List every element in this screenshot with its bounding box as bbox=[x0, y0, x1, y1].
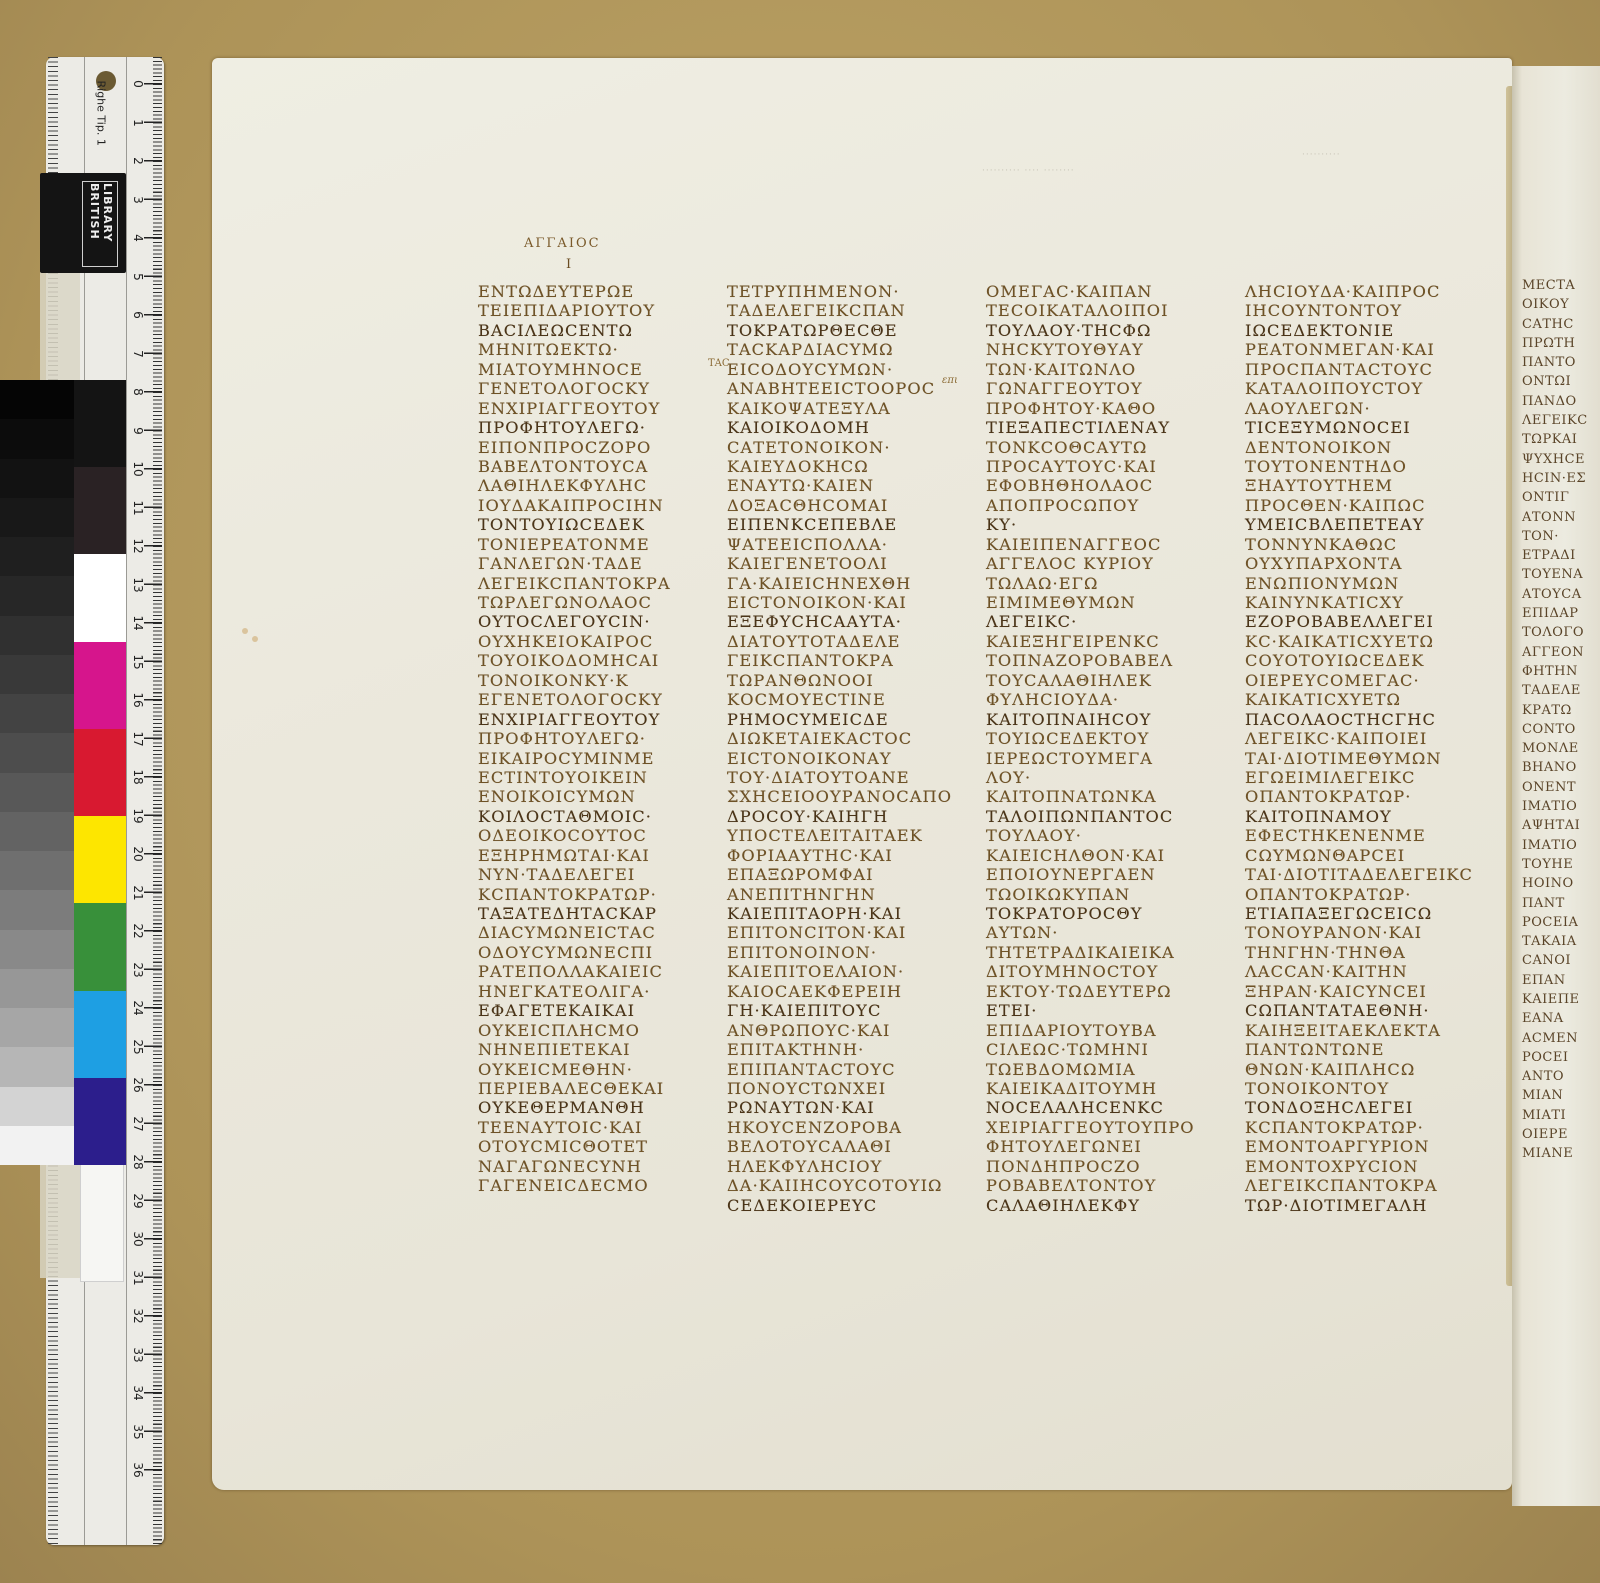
manuscript-line: ΟΙΕΡΕΥϹΟΜΕΓΑϹ· bbox=[1245, 671, 1495, 690]
manuscript-line: ΕΙΚΑΙΡΟϹΥΜΙΝΜΕ bbox=[478, 749, 728, 768]
facing-page-line: ΦΗΤΗΝ bbox=[1512, 662, 1588, 681]
facing-page-line: ΡΟϹΕΙΑ bbox=[1512, 913, 1588, 932]
facing-page-line: ΑΨΗΤΑΙ bbox=[1512, 816, 1588, 835]
manuscript-line: ΤΟΥΙΩϹΕΔΕΚΤΟΥ bbox=[986, 729, 1236, 748]
manuscript-line: ΒΑΒΕΛΤΟΝΤΟΥϹΑ bbox=[478, 457, 728, 476]
cm-tick-label: 5 bbox=[131, 267, 145, 287]
facing-page-line: ΜΙΑΝΕ bbox=[1512, 1144, 1588, 1163]
manuscript-line: ΚΑΙΤΟΠΝΑΤΩΝΚΑ bbox=[986, 787, 1236, 806]
manuscript-line: ΤΟΥΟΙΚΟΔΟΜΗϹΑΙ bbox=[478, 651, 728, 670]
facing-page-line: ΨΥΧΗϹΕ bbox=[1512, 450, 1588, 469]
grey-patch bbox=[0, 694, 74, 733]
manuscript-line: ΠΡΟΦΗΤΟΥΛΕΓΩ· bbox=[478, 729, 728, 748]
manuscript-line: ΛΑΟΥΛΕΓΩΝ· bbox=[1245, 399, 1495, 418]
manuscript-line: ΚΑΙΕΙΚΑΔΙΤΟΥΜΗ bbox=[986, 1079, 1236, 1098]
color-patch bbox=[74, 903, 126, 990]
manuscript-line: ΤΟΥϹΑΛΑΘΙΗΛΕΚ bbox=[986, 671, 1236, 690]
cm-tick-label: 24 bbox=[131, 998, 145, 1018]
manuscript-line: ΓΗ·ΚΑΙΕΠΙΤΟΥϹ bbox=[727, 1001, 977, 1020]
manuscript-line: ΔΙΑϹΥΜΩΝΕΙϹΤΑϹ bbox=[478, 923, 728, 942]
manuscript-line: ΕΦΑΓΕΤΕΚΑΙΚΑΙ bbox=[478, 1001, 728, 1020]
manuscript-line: ϹΕΔΕΚΟΙΕΡΕΥϹ bbox=[727, 1196, 977, 1215]
cm-tick-label: 15 bbox=[131, 652, 145, 672]
manuscript-line: ΕΙϹΟΔΟΥϹΥΜΩΝ· bbox=[727, 360, 977, 379]
facing-page-text: ΜΕϹΤΑΟΙΚΟΥϹΑΤΗϹΠΡΩΤΗΠΑΝΤΟΟΝΤΩΙΠΑΝΔΟΛΕΓΕΙ… bbox=[1512, 276, 1588, 1164]
grey-patch bbox=[0, 1047, 74, 1086]
manuscript-line: ΡΟΒΑΒΕΛΤΟΝΤΟΥ bbox=[986, 1176, 1236, 1195]
manuscript-line: ΤΩΟΙΚΩΚΥΠΑΝ bbox=[986, 885, 1236, 904]
color-patch bbox=[74, 554, 126, 641]
margin-correction: επι bbox=[942, 375, 958, 386]
cm-tick-label: 28 bbox=[131, 1152, 145, 1172]
manuscript-line: ΤΟΝΝΥΝΚΑΘΩϹ bbox=[1245, 535, 1495, 554]
manuscript-line: ΠΡΟϹΑΥΤΟΥϹ·ΚΑΙ bbox=[986, 457, 1236, 476]
stain bbox=[242, 628, 248, 634]
manuscript-line: ΛΕΓΕΙΚϹΠΑΝΤΟΚΡΑ bbox=[1245, 1176, 1495, 1195]
manuscript-line: ΞΗΡΑΝ·ΚΑΙϹΥΝϹΕΙ bbox=[1245, 982, 1495, 1001]
manuscript-line: ΚΑΙΕΓΕΝΕΤΟΟΛΙ bbox=[727, 554, 977, 573]
facing-page-line: ΜΙΑΤΙ bbox=[1512, 1106, 1588, 1125]
margin-correction: ΤΑϹ bbox=[708, 358, 730, 369]
facing-page-line: ϹΟΝΤΟ bbox=[1512, 720, 1588, 739]
manuscript-line: ΥΜΕΙϹΒΛΕΠΕΤΕΑΥ bbox=[1245, 515, 1495, 534]
manuscript-line: ΦΟΡΙΑΑΥΤΗϹ·ΚΑΙ bbox=[727, 846, 977, 865]
cm-tick-label: 33 bbox=[131, 1345, 145, 1365]
cm-tick-label: 19 bbox=[131, 806, 145, 826]
manuscript-line: ΤΩΡΛΕΓΩΝΟΛΑΟϹ bbox=[478, 593, 728, 612]
manuscript-line: ΤΗΤΕΤΡΑΔΙΚΑΙΕΙΚΑ bbox=[986, 943, 1236, 962]
grey-patch bbox=[0, 616, 74, 655]
manuscript-line: ΤΟΥ·ΔΙΑΤΟΥΤΟΑΝΕ bbox=[727, 768, 977, 787]
manuscript-line: ΚΑΙΚΑΤΙϹΧΥΕΤΩ bbox=[1245, 690, 1495, 709]
facing-page-line: ΚΑΙΕΠΕ bbox=[1512, 990, 1588, 1009]
manuscript-line: ΑΝΕΠΙΤΗΝΓΗΝ bbox=[727, 885, 977, 904]
cm-tick-label: 11 bbox=[131, 498, 145, 518]
manuscript-line: ΗΚΟΥϹΕΝΖΟΡΟΒΑ bbox=[727, 1118, 977, 1137]
manuscript-line: ΚΑΙΕΥΔΟΚΗϹΩ bbox=[727, 457, 977, 476]
manuscript-line: ΔΟΞΑϹΘΗϹΟΜΑΙ bbox=[727, 496, 977, 515]
grey-patch bbox=[0, 419, 74, 458]
manuscript-line: ΕΞΕΦΥϹΗϹΑΑΥΤΑ· bbox=[727, 612, 977, 631]
manuscript-line: ΤΟΚΡΑΤΟΡΟϹΘΥ bbox=[986, 904, 1236, 923]
color-calibration-target bbox=[0, 380, 126, 1165]
manuscript-line: ΔΑ·ΚΑΙΙΗϹΟΥϹΟΤΟΥΙΩ bbox=[727, 1176, 977, 1195]
facing-page-line: ΠΑΝΤ bbox=[1512, 894, 1588, 913]
cm-tick-label: 31 bbox=[131, 1268, 145, 1288]
manuscript-line: ΨΑΤΕΕΙϹΠΟΛΛΑ· bbox=[727, 535, 977, 554]
manuscript-line: ΟΥΤΟϹΛΕΓΟΥϹΙΝ· bbox=[478, 612, 728, 631]
manuscript-line: ΠΟΝΟΥϹΤΩΝΧΕΙ bbox=[727, 1079, 977, 1098]
grey-patch bbox=[0, 1126, 74, 1165]
facing-page-line: ΒΗΑΝΟ bbox=[1512, 758, 1588, 777]
manuscript-line: ΚΑΙΕΙϹΗΛΘΟΝ·ΚΑΙ bbox=[986, 846, 1236, 865]
cm-tick-label: 12 bbox=[131, 536, 145, 556]
cm-tick-label: 27 bbox=[131, 1114, 145, 1134]
manuscript-line: ΕΜΟΝΤΟΑΡΓΥΡΙΟΝ bbox=[1245, 1137, 1495, 1156]
manuscript-line: ΕΜΟΝΤΟΧΡΥϹΙΟΝ bbox=[1245, 1157, 1495, 1176]
grey-patch bbox=[0, 459, 74, 498]
manuscript-line: ΕΠΙΔΑΡΙΟΥΤΟΥΒΑ bbox=[986, 1021, 1236, 1040]
manuscript-line: ΝΗΝΕΠΙΕΤΕΚΑΙ bbox=[478, 1040, 728, 1059]
manuscript-line: ϹΑΛΑΘΙΗΛΕΚΦΥ bbox=[986, 1196, 1236, 1215]
manuscript-line: ΚΑΙΗΞΕΙΤΑΕΚΛΕΚΤΑ bbox=[1245, 1021, 1495, 1040]
manuscript-line: ΕΖΟΡΟΒΑΒΕΛΛΕΓΕΙ bbox=[1245, 612, 1495, 631]
facing-page-line: ΜΕϹΤΑ bbox=[1512, 276, 1588, 295]
chapter-mark: Ι bbox=[566, 257, 571, 272]
text-column-4: ΛΗϹΙΟΥΔΑ·ΚΑΙΠΡΟϹΙΗϹΟΥΝΤΟΝΤΟΥΙΩϹΕΔΕΚΤΟΝΙΕ… bbox=[1245, 282, 1495, 1215]
manuscript-line: ΦΥΛΗϹΙΟΥΔΑ· bbox=[986, 690, 1236, 709]
manuscript-line: ΠΡΟΦΗΤΟΥΛΕΓΩ· bbox=[478, 418, 728, 437]
cm-tick-label: 34 bbox=[131, 1383, 145, 1403]
facing-page-line: ΤΟΥΕΝΑ bbox=[1512, 565, 1588, 584]
manuscript-line: ΕΓΕΝΕΤΟΛΟΓΟϹΚΥ bbox=[478, 690, 728, 709]
grey-patch bbox=[0, 812, 74, 851]
manuscript-line: ΕΝΟΙΚΟΙϹΥΜΩΝ bbox=[478, 787, 728, 806]
manuscript-line: ΤΩΝ·ΚΑΙΤΩΝΛΟ bbox=[986, 360, 1236, 379]
manuscript-line: ΑΠΟΠΡΟϹΩΠΟΥ bbox=[986, 496, 1236, 515]
manuscript-line: ΒΑϹΙΛΕΩϹΕΝΤΩ bbox=[478, 321, 728, 340]
badge-text: LIBRARY BRITISH bbox=[84, 183, 114, 263]
manuscript-line: ΤΟΝΤΟΥΙΩϹΕΔΕΚ bbox=[478, 515, 728, 534]
ruler-tape bbox=[80, 1160, 124, 1282]
ruler-divider bbox=[126, 57, 127, 1545]
grey-patch bbox=[0, 1008, 74, 1047]
manuscript-line: ΣΧΗϹΕΙΟΟΥΡΑΝΟϹΑΠΟ bbox=[727, 787, 977, 806]
manuscript-line: ϹΟΥΟΤΟΥΙΩϹΕΔΕΚ bbox=[1245, 651, 1495, 670]
manuscript-line: ΜΙΑΤΟΥΜΗΝΟϹΕ bbox=[478, 360, 728, 379]
manuscript-line: ΕΙΠΕΝΚϹΕΠΕΒΛΕ bbox=[727, 515, 977, 534]
text-column-1: ΕΝΤΩΔΕΥΤΕΡΩΕΤΕΙΕΠΙΔΑΡΙΟΥΤΟΥΒΑϹΙΛΕΩϹΕΝΤΩΜ… bbox=[478, 282, 728, 1196]
manuscript-line: ΚΑΙΚΟΨΑΤΕΞΥΛΑ bbox=[727, 399, 977, 418]
manuscript-line: ΚΟϹΜΟΥΕϹΤΙΝΕ bbox=[727, 690, 977, 709]
manuscript-line: ΤΟΚΡΑΤΩΡΘΕϹΘΕ bbox=[727, 321, 977, 340]
grey-patch bbox=[0, 930, 74, 969]
facing-page-line: ΑΓΓΕΟΝ bbox=[1512, 643, 1588, 662]
manuscript-line: ΕΓΩΕΙΜΙΛΕΓΕΙΚϹ bbox=[1245, 768, 1495, 787]
manuscript-line: ΟΤΟΥϹΜΙϹΘΟΤΕΤ bbox=[478, 1137, 728, 1156]
manuscript-line: ΠΑϹΟΛΑΟϹΤΗϹΓΗϹ bbox=[1245, 710, 1495, 729]
cm-tick-label: 8 bbox=[131, 382, 145, 402]
cm-tick-label: 29 bbox=[131, 1191, 145, 1211]
manuscript-line: ΚΑΙΕΠΙΤΑΟΡΗ·ΚΑΙ bbox=[727, 904, 977, 923]
color-patch bbox=[74, 380, 126, 467]
manuscript-line: ΙΕΡΕΩϹΤΟΥΜΕΓΑ bbox=[986, 749, 1236, 768]
facing-page-line: ΜΟΝΛΕ bbox=[1512, 739, 1588, 758]
manuscript-line: ΠΑΝΤΩΝΤΩΝΕ bbox=[1245, 1040, 1495, 1059]
manuscript-line: ΚΑΙΕΙΠΕΝΑΓΓΕΟϹ bbox=[986, 535, 1236, 554]
manuscript-line: ΑΝΘΡΩΠΟΥϹ·ΚΑΙ bbox=[727, 1021, 977, 1040]
manuscript-line: ΤΟΥΛΑΟΥ· bbox=[986, 826, 1236, 845]
grey-patch bbox=[0, 773, 74, 812]
manuscript-line: ΝΥΝ·ΤΑΔΕΛΕΓΕΙ bbox=[478, 865, 728, 884]
manuscript-line: ΥΠΟϹΤΕΛΕΙΤΑΙΤΑΕΚ bbox=[727, 826, 977, 845]
manuscript-line: ΕΝΧΙΡΙΑΓΓΕΟΥΤΟΥ bbox=[478, 399, 728, 418]
manuscript-line: ΤΑΛΟΙΠΩΝΠΑΝΤΟϹ bbox=[986, 807, 1236, 826]
manuscript-line: ΗΛΕΚΦΥΛΗϹΙΟΥ bbox=[727, 1157, 977, 1176]
manuscript-line: ΤΟΥΛΑΟΥ·ΤΗϹΦΩ bbox=[986, 321, 1236, 340]
manuscript-line: ΤΟΝΚϹΟΘϹΑΥΤΩ bbox=[986, 438, 1236, 457]
facing-page-line: ΤΟΝ· bbox=[1512, 527, 1588, 546]
manuscript-line: ΤΙϹΕΞΥΜΩΝΟϹΕΙ bbox=[1245, 418, 1495, 437]
manuscript-line: ΕΝΤΩΔΕΥΤΕΡΩΕ bbox=[478, 282, 728, 301]
manuscript-line: ΟΠΑΝΤΟΚΡΑΤΩΡ· bbox=[1245, 787, 1495, 806]
facing-page-line: ΜΙΑΝ bbox=[1512, 1086, 1588, 1105]
manuscript-line: ΟΔΕΟΙΚΟϹΟΥΤΟϹ bbox=[478, 826, 728, 845]
color-patch bbox=[74, 467, 126, 554]
manuscript-line: ΑΓΓΕΛΟϹ ΚΥΡΙΟΥ bbox=[986, 554, 1236, 573]
cm-tick-label: 3 bbox=[131, 190, 145, 210]
ruler-clip bbox=[40, 1163, 82, 1278]
facing-page-line: ΕΑΝΑ bbox=[1512, 1009, 1588, 1028]
manuscript-line: ΤΩΡΑΝΘΩΝΟΟΙ bbox=[727, 671, 977, 690]
manuscript-line: ΔΙΑΤΟΥΤΟΤΑΔΕΛΕ bbox=[727, 632, 977, 651]
cm-tick-label: 35 bbox=[131, 1422, 145, 1442]
greyscale-strip bbox=[0, 380, 74, 1165]
cm-tick-label: 30 bbox=[131, 1229, 145, 1249]
manuscript-line: ΕΙΜΙΜΕΘΥΜΩΝ bbox=[986, 593, 1236, 612]
manuscript-line: ΕΦΟΒΗΘΗΟΛΑΟϹ bbox=[986, 476, 1236, 495]
manuscript-line: ΔΙΤΟΥΜΗΝΟϹΤΟΥ bbox=[986, 962, 1236, 981]
facing-page-line: ΛΕΓΕΙΚϹ bbox=[1512, 411, 1588, 430]
manuscript-line: ΙΟΥΔΑΚΑΙΠΡΟϹΙΗΝ bbox=[478, 496, 728, 515]
facing-page-line: ΙΜΑΤΙΟ bbox=[1512, 836, 1588, 855]
manuscript-line: ΤΟΝΟΥΡΑΝΟΝ·ΚΑΙ bbox=[1245, 923, 1495, 942]
manuscript-line: ΤΑϹΚΑΡΔΙΑϹΥΜΩ bbox=[727, 340, 977, 359]
manuscript-line: ΚΑΙΕΠΙΤΟΕΛΑΙΟΝ· bbox=[727, 962, 977, 981]
manuscript-line: ΟΥΧΥΠΑΡΧΟΝΤΑ bbox=[1245, 554, 1495, 573]
manuscript-line: ΤΩΛΑΩ·ΕΓΩ bbox=[986, 574, 1236, 593]
facing-page-line: ΠΡΩΤΗ bbox=[1512, 334, 1588, 353]
cm-tick-label: 26 bbox=[131, 1075, 145, 1095]
cm-tick-label: 1 bbox=[131, 113, 145, 133]
facing-page-line: ΟΙΕΡΕ bbox=[1512, 1125, 1588, 1144]
manuscript-line: ΚΟΙΛΟϹΤΑΘΜΟΙϹ· bbox=[478, 807, 728, 826]
british-library-badge: LIBRARY BRITISH bbox=[40, 173, 126, 273]
manuscript-line: ΤΗΝΓΗΝ·ΤΗΝΘΑ bbox=[1245, 943, 1495, 962]
manuscript-line: ΤΩΡ·ΔΙΟΤΙΜΕΓΑΛΗ bbox=[1245, 1196, 1495, 1215]
facing-page-line: ΤΑΚΑΙΑ bbox=[1512, 932, 1588, 951]
facing-page-line: ΙΜΑΤΙΟ bbox=[1512, 797, 1588, 816]
facing-page-line: ΕΠΙΔΑΡ bbox=[1512, 604, 1588, 623]
cm-tick-label: 17 bbox=[131, 729, 145, 749]
manuscript-line: ΕΠΙΤΑΚΤΗΝΗ· bbox=[727, 1040, 977, 1059]
manuscript-line: ΘΝΩΝ·ΚΑΙΠΛΗϹΩ bbox=[1245, 1060, 1495, 1079]
bleed-through-text: ·········· bbox=[1302, 150, 1341, 160]
manuscript-line: ΕΠΑΞΩΡΟΜΦΑΙ bbox=[727, 865, 977, 884]
cm-tick-label: 36 bbox=[131, 1460, 145, 1480]
manuscript-line: ΠΟΝΔΗΠΡΟϹΖΟ bbox=[986, 1157, 1236, 1176]
manuscript-line: ΚϹΠΑΝΤΟΚΡΑΤΩΡ· bbox=[1245, 1118, 1495, 1137]
manuscript-line: ΛΗϹΙΟΥΔΑ·ΚΑΙΠΡΟϹ bbox=[1245, 282, 1495, 301]
manuscript-line: ΗΝΕΓΚΑΤΕΟΛΙΓΑ· bbox=[478, 982, 728, 1001]
cm-tick-label: 14 bbox=[131, 613, 145, 633]
manuscript-line: ΕΝΧΙΡΙΑΓΓΕΟΥΤΟΥ bbox=[478, 710, 728, 729]
manuscript-line: ΚΥ· bbox=[986, 515, 1236, 534]
facing-page-line: ΗΟΙΝΟ bbox=[1512, 874, 1588, 893]
manuscript-line: ΡΑΤΕΠΟΛΛΑΚΑΙΕΙϹ bbox=[478, 962, 728, 981]
manuscript-line: ΓΕΝΕΤΟΛΟΓΟϹΚΥ bbox=[478, 379, 728, 398]
manuscript-line: ΕΙϹΤΟΝΟΙΚΟΝ·ΚΑΙ bbox=[727, 593, 977, 612]
color-patch bbox=[74, 642, 126, 729]
facing-page-line: ΑΤΟΥϹΑ bbox=[1512, 585, 1588, 604]
facing-page-line: ΕΠΑΝ bbox=[1512, 971, 1588, 990]
manuscript-line: ΟΠΑΝΤΟΚΡΑΤΩΡ· bbox=[1245, 885, 1495, 904]
manuscript-line: ΕΠΙΤΟΝΟΙΝΟΝ· bbox=[727, 943, 977, 962]
manuscript-line: ΝΑΓΑΓΩΝΕϹΥΝΗ bbox=[478, 1157, 728, 1176]
manuscript-line: ϹΩΥΜΩΝΘΑΡϹΕΙ bbox=[1245, 846, 1495, 865]
manuscript-line: ΑΥΤΩΝ· bbox=[986, 923, 1236, 942]
manuscript-line: ΤΕΙΕΠΙΔΑΡΙΟΥΤΟΥ bbox=[478, 301, 728, 320]
manuscript-line: ΑΝΑΒΗΤΕΕΙϹΤΟΟΡΟϹ bbox=[727, 379, 977, 398]
manuscript-line: ΟΥΚΕΙϹΠΛΗϹΜΟ bbox=[478, 1021, 728, 1040]
cm-tick-label: 13 bbox=[131, 575, 145, 595]
color-patch bbox=[74, 816, 126, 903]
cm-scale-major-ticks bbox=[144, 83, 162, 1483]
cm-tick-label: 4 bbox=[131, 228, 145, 248]
cm-tick-label: 6 bbox=[131, 305, 145, 325]
manuscript-line: ΝΗϹΚΥΤΟΥΘΥΑΥ bbox=[986, 340, 1236, 359]
cm-tick-label: 0 bbox=[131, 74, 145, 94]
manuscript-line: ΕΝΩΠΙΟΝΥΜΩΝ bbox=[1245, 574, 1495, 593]
facing-page-line: ΗϹΙΝ·ΕΣ bbox=[1512, 469, 1588, 488]
manuscript-line: ΠΡΟϹΠΑΝΤΑϹΤΟΥϹ bbox=[1245, 360, 1495, 379]
manuscript-line: ΙΗϹΟΥΝΤΟΝΤΟΥ bbox=[1245, 301, 1495, 320]
manuscript-line: ΤΕϹΟΙΚΑΤΑΛΟΙΠΟΙ bbox=[986, 301, 1236, 320]
manuscript-line: ΕϹΤΙΝΤΟΥΟΙΚΕΙΝ bbox=[478, 768, 728, 787]
manuscript-line: ΕΤΕΙ· bbox=[986, 1001, 1236, 1020]
facing-page-line: ΤΑΔΕΛΕ bbox=[1512, 681, 1588, 700]
manuscript-line: ΚΑΙΤΟΠΝΑΜΟΥ bbox=[1245, 807, 1495, 826]
color-patch bbox=[74, 991, 126, 1078]
stain bbox=[252, 636, 258, 642]
cm-tick-label: 32 bbox=[131, 1306, 145, 1326]
facing-page-line: ΑΤΟΝΝ bbox=[1512, 508, 1588, 527]
facing-page-line: ΟΝΤΩΙ bbox=[1512, 372, 1588, 391]
cm-tick-label: 9 bbox=[131, 421, 145, 441]
manuscript-line: ΚΑΙΟΙΚΟΔΟΜΗ bbox=[727, 418, 977, 437]
manuscript-line: ΚΑΙΕΞΗΓΕΙΡΕΝΚϹ bbox=[986, 632, 1236, 651]
cm-tick-label: 23 bbox=[131, 960, 145, 980]
grey-patch bbox=[0, 380, 74, 419]
book-title-heading: ΑΓΓΑΙΟϹ bbox=[524, 236, 601, 251]
manuscript-line: ΤΑΙ·ΔΙΟΤΙΤΑΔΕΛΕΓΕΙΚϹ bbox=[1245, 865, 1495, 884]
manuscript-line: ΟΥΚΕΘΕΡΜΑΝΘΗ bbox=[478, 1098, 728, 1117]
manuscript-line: ΤΕΤΡΥΠΗΜΕΝΟΝ· bbox=[727, 282, 977, 301]
manuscript-line: ΚΑΙΟϹΑΕΚΦΕΡΕΙΗ bbox=[727, 982, 977, 1001]
facing-page-line: ΤΩΡΚΑΙ bbox=[1512, 430, 1588, 449]
manuscript-line: ΔΙΩΚΕΤΑΙΕΚΑϹΤΟϹ bbox=[727, 729, 977, 748]
grey-patch bbox=[0, 733, 74, 772]
ruler-clip bbox=[40, 272, 80, 382]
manuscript-line: ΤΑΞΑΤΕΔΗΤΑϹΚΑΡ bbox=[478, 904, 728, 923]
manuscript-line: ΕΞΗΡΗΜΩΤΑΙ·ΚΑΙ bbox=[478, 846, 728, 865]
facing-page-line: ΟΝΤΙΓ bbox=[1512, 488, 1588, 507]
facing-page-line: ΟΙΚΟΥ bbox=[1512, 295, 1588, 314]
manuscript-line: ϹΩΠΑΝΤΑΤΑΕΘΝΗ· bbox=[1245, 1001, 1495, 1020]
manuscript-line: ΟΥΚΕΙϹΜΕΘΗΝ· bbox=[478, 1060, 728, 1079]
manuscript-line: ΛΑϹϹΑΝ·ΚΑΙΤΗΝ bbox=[1245, 962, 1495, 981]
manuscript-line: ΕΠΟΙΟΥΝΕΡΓΑΕΝ bbox=[986, 865, 1236, 884]
manuscript-line: ΒΕΛΟΤΟΥϹΑΛΑΘΙ bbox=[727, 1137, 977, 1156]
manuscript-line: ΤΟΠΝΑΖΟΡΟΒΑΒΕΛ bbox=[986, 651, 1236, 670]
cm-tick-label: 20 bbox=[131, 844, 145, 864]
facing-page-line: ΤΟΥΗΕ bbox=[1512, 855, 1588, 874]
manuscript-line: ΚϹ·ΚΑΙΚΑΤΙϹΧΥΕΤΩ bbox=[1245, 632, 1495, 651]
manuscript-line: ΟΜΕΓΑϹ·ΚΑΙΠΑΝ bbox=[986, 282, 1236, 301]
facing-page-line: ΑϹΜΕΝ bbox=[1512, 1029, 1588, 1048]
manuscript-line: ΤΩΕΒΔΟΜΩΜΙΑ bbox=[986, 1060, 1236, 1079]
grey-patch bbox=[0, 1087, 74, 1126]
manuscript-line: ΠΕΡΙΕΒΑΛΕϹΘΕΚΑΙ bbox=[478, 1079, 728, 1098]
manuscript-line: ΡΗΜΟϹΥΜΕΙϹΔΕ bbox=[727, 710, 977, 729]
manuscript-line: ΟΥΧΗΚΕΙΟΚΑΙΡΟϹ bbox=[478, 632, 728, 651]
cm-tick-label: 21 bbox=[131, 883, 145, 903]
manuscript-line: ΠΡΟΦΗΤΟΥ·ΚΑΘΟ bbox=[986, 399, 1236, 418]
manuscript-line: ϹΑΤΕΤΟΝΟΙΚΟΝ· bbox=[727, 438, 977, 457]
manuscript-line: ΓΑΝΛΕΓΩΝ·ΤΑΔΕ bbox=[478, 554, 728, 573]
manuscript-line: ΕΙΠΟΝΠΡΟϹΖΟΡΟ bbox=[478, 438, 728, 457]
facing-page-line: ΚΡΑΤΩ bbox=[1512, 701, 1588, 720]
manuscript-line: ΠΡΟϹΘΕΝ·ΚΑΙΠΩϹ bbox=[1245, 496, 1495, 515]
manuscript-line: ΡΕΑΤΟΝΜΕΓΑΝ·ΚΑΙ bbox=[1245, 340, 1495, 359]
grey-patch bbox=[0, 537, 74, 576]
manuscript-line: ΚϹΠΑΝΤΟΚΡΑΤΩΡ· bbox=[478, 885, 728, 904]
text-column-2: ΤΕΤΡΥΠΗΜΕΝΟΝ·ΤΑΔΕΛΕΓΕΙΚϹΠΑΝΤΟΚΡΑΤΩΡΘΕϹΘΕ… bbox=[727, 282, 977, 1215]
righe-label: Righe Tip. 1 bbox=[95, 81, 108, 171]
manuscript-line: ΛΑΘΙΗΛΕΚΦΥΛΗϹ bbox=[478, 476, 728, 495]
manuscript-line: ΕΤΙΑΠΑΞΕΓΩϹΕΙϹΩ bbox=[1245, 904, 1495, 923]
manuscript-line: ΛΕΓΕΙΚϹ·ΚΑΙΠΟΙΕΙ bbox=[1245, 729, 1495, 748]
cm-tick-label: 25 bbox=[131, 1037, 145, 1057]
grey-patch bbox=[0, 655, 74, 694]
manuscript-line: ΤΟΝΟΙΚΟΝΚΥ·Κ bbox=[478, 671, 728, 690]
facing-page-line: ΠΑΝΔΟ bbox=[1512, 392, 1588, 411]
manuscript-line: ΤΟΝΟΙΚΟΝΤΟΥ bbox=[1245, 1079, 1495, 1098]
manuscript-line: ΚΑΙΤΟΠΝΑΙΗϹΟΥ bbox=[986, 710, 1236, 729]
facing-page-line: ΠΑΝΤΟ bbox=[1512, 353, 1588, 372]
manuscript-line: ΛΟΥ· bbox=[986, 768, 1236, 787]
manuscript-line: ΟΔΟΥϹΥΜΩΝΕϹΠΙ bbox=[478, 943, 728, 962]
grey-patch bbox=[0, 498, 74, 537]
bleed-through-text: ·········· ···· ········ bbox=[982, 166, 1075, 176]
manuscript-line: ΜΗΝΙΤΩΕΚΤΩ· bbox=[478, 340, 728, 359]
manuscript-line: ΦΗΤΟΥΛΕΓΩΝΕΙ bbox=[986, 1137, 1236, 1156]
manuscript-line: ΔΕΝΤΟΝΟΙΚΟΝ bbox=[1245, 438, 1495, 457]
manuscript-line: ΛΕΓΕΙΚϹ· bbox=[986, 612, 1236, 631]
manuscript-line: ϹΙΛΕΩϹ·ΤΩΜΗΝΙ bbox=[986, 1040, 1236, 1059]
cm-tick-label: 18 bbox=[131, 767, 145, 787]
cm-tick-label: 7 bbox=[131, 344, 145, 364]
manuscript-line: ΕΙϹΤΟΝΟΙΚΟΝΑΥ bbox=[727, 749, 977, 768]
manuscript-line: ΚΑΤΑΛΟΙΠΟΥϹΤΟΥ bbox=[1245, 379, 1495, 398]
manuscript-line: ΤΟΝΔΟΞΗϹΛΕΓΕΙ bbox=[1245, 1098, 1495, 1117]
manuscript-line: ΤΑΔΕΛΕΓΕΙΚϹΠΑΝ bbox=[727, 301, 977, 320]
color-patches bbox=[74, 380, 126, 1165]
manuscript-line: ΙΩϹΕΔΕΚΤΟΝΙΕ bbox=[1245, 321, 1495, 340]
grey-patch bbox=[0, 576, 74, 615]
facing-page-line: ΑΝΤΟ bbox=[1512, 1067, 1588, 1086]
facing-page-line: ΕΤΡΑΔΙ bbox=[1512, 546, 1588, 565]
manuscript-line: ΓΑΓΕΝΕΙϹΔΕϹΜΟ bbox=[478, 1176, 728, 1195]
cm-tick-label: 10 bbox=[131, 459, 145, 479]
manuscript-line: ΓΩΝΑΓΓΕΟΥΤΟΥ bbox=[986, 379, 1236, 398]
manuscript-line: ΤΟΝΙΕΡΕΑΤΟΝΜΕ bbox=[478, 535, 728, 554]
manuscript-line: ΧΕΙΡΙΑΓΓΕΟΥΤΟΥΠΡΟ bbox=[986, 1118, 1236, 1137]
cm-tick-label: 2 bbox=[131, 151, 145, 171]
manuscript-line: ΝΟϹΕΛΑΛΗϹΕΝΚϹ bbox=[986, 1098, 1236, 1117]
color-patch bbox=[74, 729, 126, 816]
facing-page-line: ΤΟΛΟΓΟ bbox=[1512, 623, 1588, 642]
